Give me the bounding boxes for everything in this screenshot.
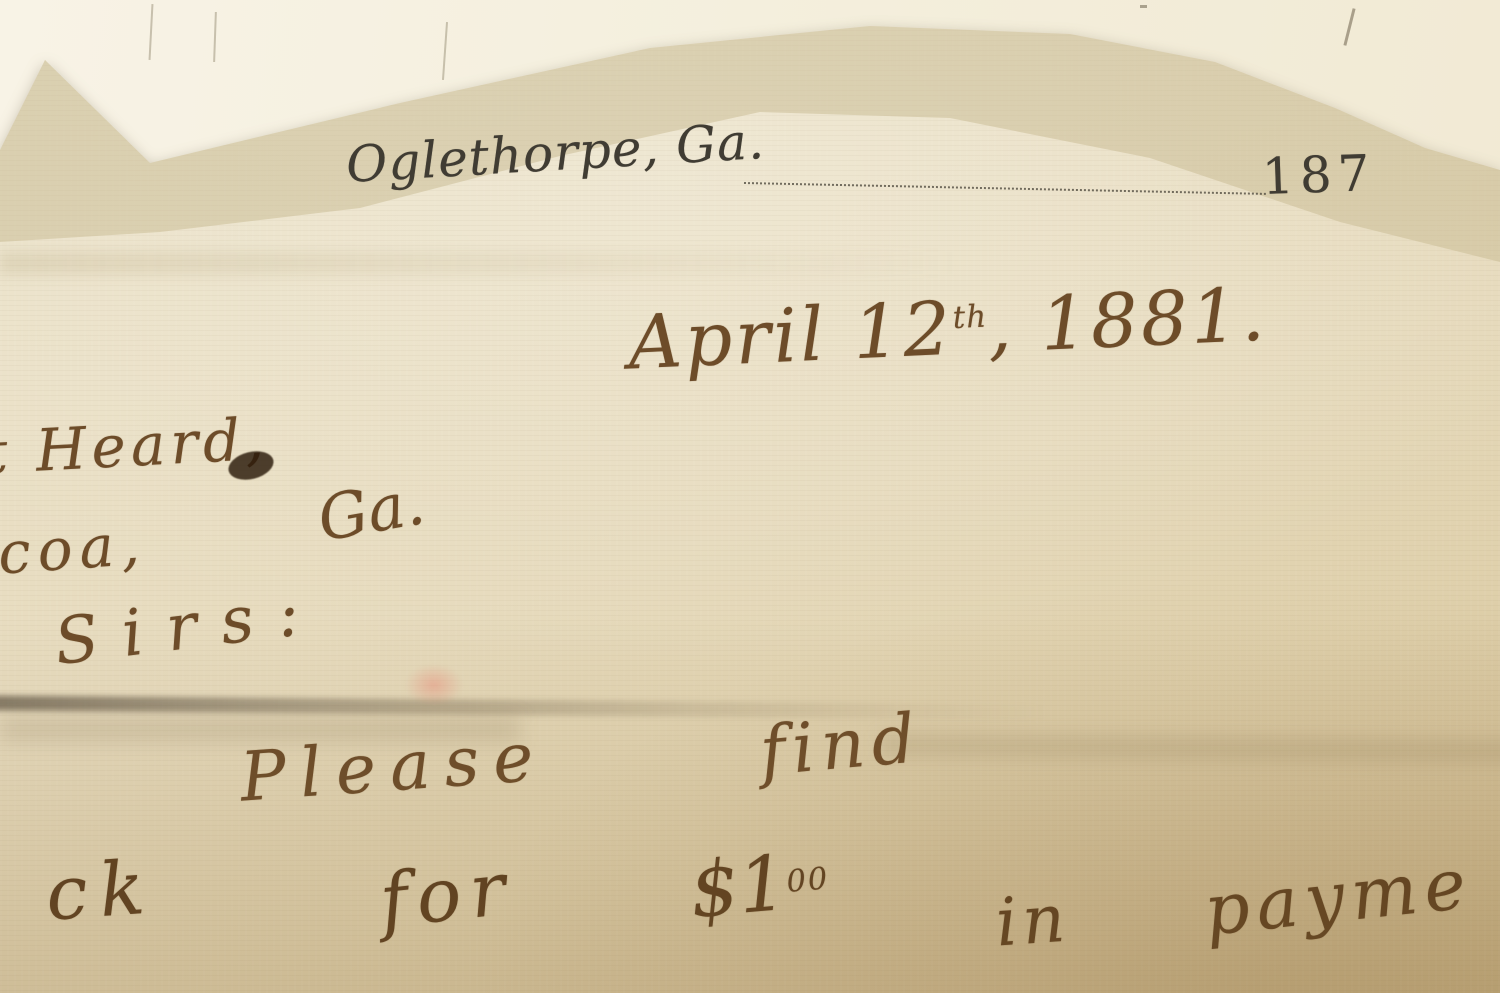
letter-photo: Oglethorpe, Ga. 187 April 12th, 1881. t … (0, 0, 1500, 993)
letterhead-year-prefix: 187 (1261, 144, 1376, 206)
date-day: April 12 (626, 286, 955, 387)
recipient-city-fragment: ocoa, (0, 509, 148, 590)
pink-stain (405, 664, 463, 706)
amount-dollars: $1 (686, 838, 790, 935)
amount-superscript-cents: 00 (785, 861, 831, 900)
body-word-in: in (993, 880, 1072, 962)
amount-text: $100 (686, 834, 833, 935)
date-ordinal-suffix: th (952, 299, 988, 337)
body-word-ck: ck (43, 844, 159, 937)
body-word-find: find (757, 699, 926, 792)
speck-mark (1140, 5, 1147, 8)
date-year: , 1881. (986, 272, 1270, 371)
body-word-for: for (376, 845, 519, 945)
upper-fold-shadow (0, 252, 960, 274)
